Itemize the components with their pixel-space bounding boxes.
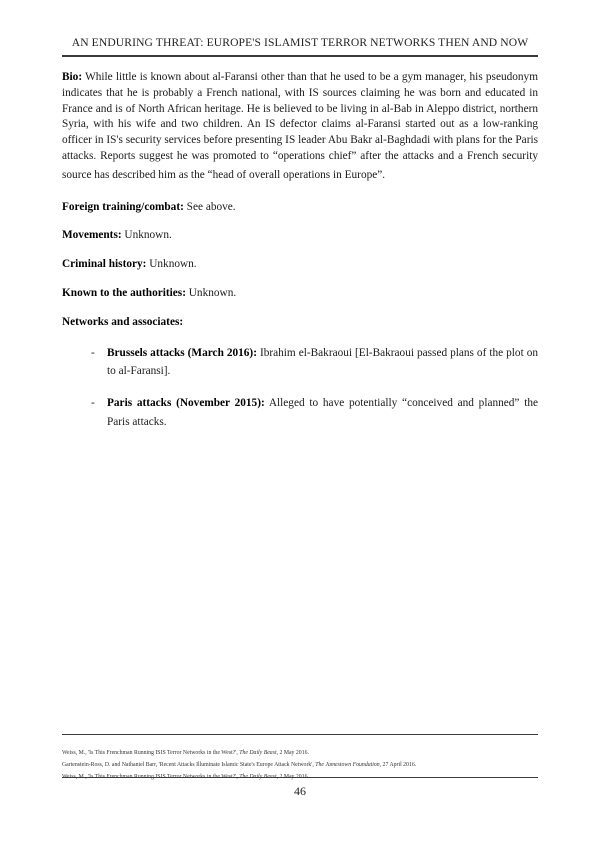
footnote-text: Gartenstein-Ross, D. and Nathaniel Barr,… xyxy=(62,762,315,768)
item-label: Brussels attacks (March 2016): xyxy=(107,347,257,359)
footnote-date: , 2 May 2016. xyxy=(277,750,309,756)
bio-label: Bio: xyxy=(62,71,82,83)
field-value: See above. xyxy=(184,201,236,213)
field-value: Unknown. xyxy=(146,258,196,270)
header-rule xyxy=(62,55,538,57)
field-foreign-training: Foreign training/combat: See above. xyxy=(62,200,538,216)
bio-paragraph: Bio: While little is known about al-Fara… xyxy=(62,70,538,184)
field-value: Unknown. xyxy=(186,287,236,299)
field-label: Criminal history: xyxy=(62,258,146,270)
footnote-rule xyxy=(62,734,538,735)
dash-bullet-icon: - xyxy=(91,396,95,412)
field-label: Foreign training/combat: xyxy=(62,201,184,213)
document-body: Bio: While little is known about al-Fara… xyxy=(62,70,538,447)
bio-text: While little is known about al-Faransi o… xyxy=(62,71,538,181)
field-label: Known to the authorities: xyxy=(62,287,186,299)
footnote: Weiss, M., 'Is This Frenchman Running IS… xyxy=(62,769,538,781)
networks-heading: Networks and associates: xyxy=(62,315,538,331)
field-label: Movements: xyxy=(62,229,122,241)
footer-rule xyxy=(62,777,538,778)
list-item: - Paris attacks (November 2015): Alleged… xyxy=(62,396,538,431)
field-criminal-history: Criminal history: Unknown. xyxy=(62,257,538,273)
list-item: - Brussels attacks (March 2016): Ibrahim… xyxy=(62,346,538,381)
footnotes: Weiss, M., 'Is This Frenchman Running IS… xyxy=(62,745,538,781)
footnote-date: , 27 April 2016. xyxy=(380,762,417,768)
field-known-to-authorities: Known to the authorities: Unknown. xyxy=(62,286,538,302)
page-number: 46 xyxy=(0,784,600,799)
running-header: AN ENDURING THREAT: EUROPE'S ISLAMIST TE… xyxy=(62,36,538,49)
networks-label: Networks and associates: xyxy=(62,316,183,328)
footnote-source: The Jamestown Foundation xyxy=(315,762,379,768)
field-movements: Movements: Unknown. xyxy=(62,228,538,244)
footnote: Weiss, M., 'Is This Frenchman Running IS… xyxy=(62,745,538,757)
item-label: Paris attacks (November 2015): xyxy=(107,397,265,409)
footnote-source: The Daily Beast xyxy=(239,750,276,756)
dash-bullet-icon: - xyxy=(91,346,95,362)
networks-list: - Brussels attacks (March 2016): Ibrahim… xyxy=(62,346,538,431)
footnote: Gartenstein-Ross, D. and Nathaniel Barr,… xyxy=(62,757,538,769)
field-value: Unknown. xyxy=(122,229,172,241)
footnote-text: Weiss, M., 'Is This Frenchman Running IS… xyxy=(62,750,239,756)
